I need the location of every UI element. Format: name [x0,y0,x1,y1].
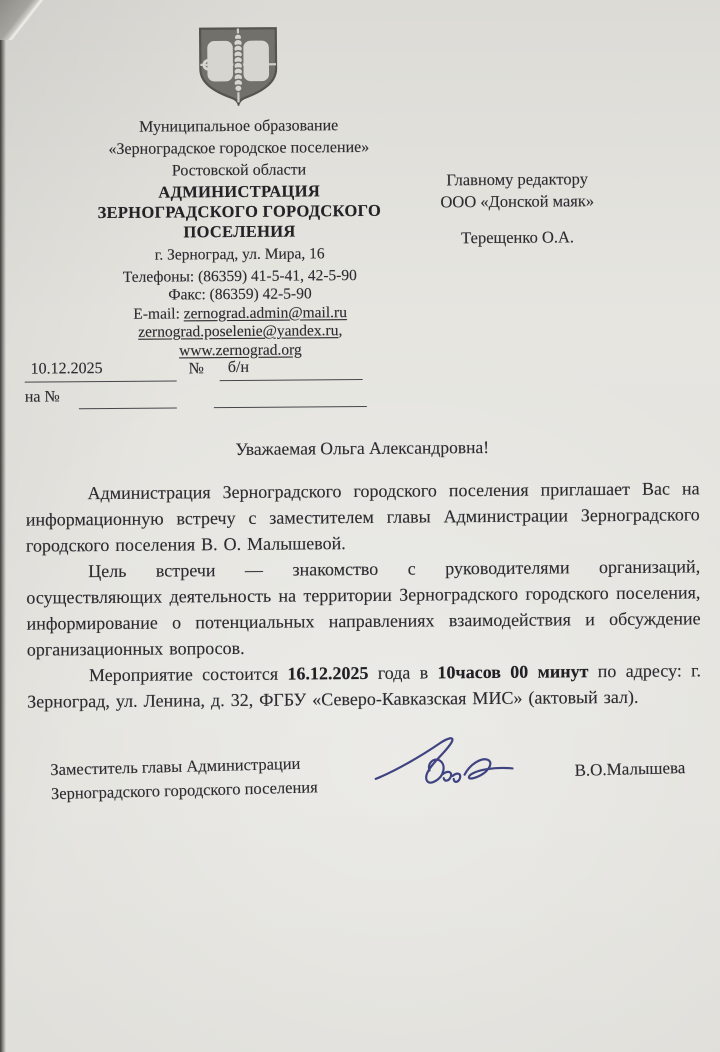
signoff-block: Заместитель главы Администрации Зерногра… [50,742,702,828]
photo-left-edge-shadow [0,0,6,1052]
reference-block: 10.12.2025 № б/н на № [25,358,375,410]
org-title-line-3: ПОСЕЛЕНИЯ [56,221,422,244]
org-title-line-2: ЗЕРНОГРАДСКОГО ГОРОДСКОГО [56,201,422,224]
addressee-organization: ООО «Донской маяк» [422,190,612,213]
handwritten-signature [372,728,524,807]
salutation: Уважаемая Ольга Александровна! [25,435,699,461]
number-sign-label: № [189,360,204,381]
p3-event-time: 10часов 00 минут [437,661,588,682]
paper-corner-fold [0,0,52,40]
municipal-formation-line: Муниципальное образование [56,115,422,140]
website: www.zernograd.org [179,341,302,359]
p3-text: Мероприятие состоится [89,664,288,686]
email-secondary: zernograd.poselenie@yandex.ru [138,322,338,341]
letter-body: Администрация Зерноградского городского … [25,475,701,714]
addressee-name: Терещенко О.А. [422,226,612,249]
region-line: Ростовской области [56,159,422,184]
email-primary: zernograd.admin@mail.ru [184,304,347,322]
body-paragraph-1: Администрация Зерноградского городского … [25,475,700,558]
letter-number: б/н [220,358,363,381]
settlement-name-line: «Зерноградское городское поселение» [56,137,422,162]
signer-name: В.О.Малышева [574,758,685,781]
reference-row-2: на № [25,385,375,410]
zernograd-coat-of-arms-icon [194,25,283,112]
email-secondary-comma: , [338,322,342,339]
reply-number-blank [79,386,177,409]
reference-row-1: 10.12.2025 № б/н [25,358,375,383]
letter-date: 10.12.2025 [25,359,177,382]
body-paragraph-3: Мероприятие состоится 16.12.2025 года в … [27,657,701,714]
p3-text: года в [368,662,437,683]
email-label: E-mail: [133,305,184,322]
reply-to-label: на № [25,388,60,409]
p3-event-date: 16.12.2025 [287,663,368,684]
addressee-block: Главному редактору ООО «Донской маяк» Те… [422,168,613,249]
reply-date-blank [214,385,367,408]
scanned-letter-page: Муниципальное образование «Зерноградское… [0,0,720,1052]
letter-content: Муниципальное образование «Зерноградское… [0,0,720,1052]
addressee-role: Главному редактору [422,168,612,191]
letterhead: Муниципальное образование «Зерноградское… [55,24,424,362]
body-paragraph-2: Цель встречи — знакомство с руководителя… [26,553,701,662]
postal-address: г. Зерноград, ул. Мира, 16 [57,245,423,266]
